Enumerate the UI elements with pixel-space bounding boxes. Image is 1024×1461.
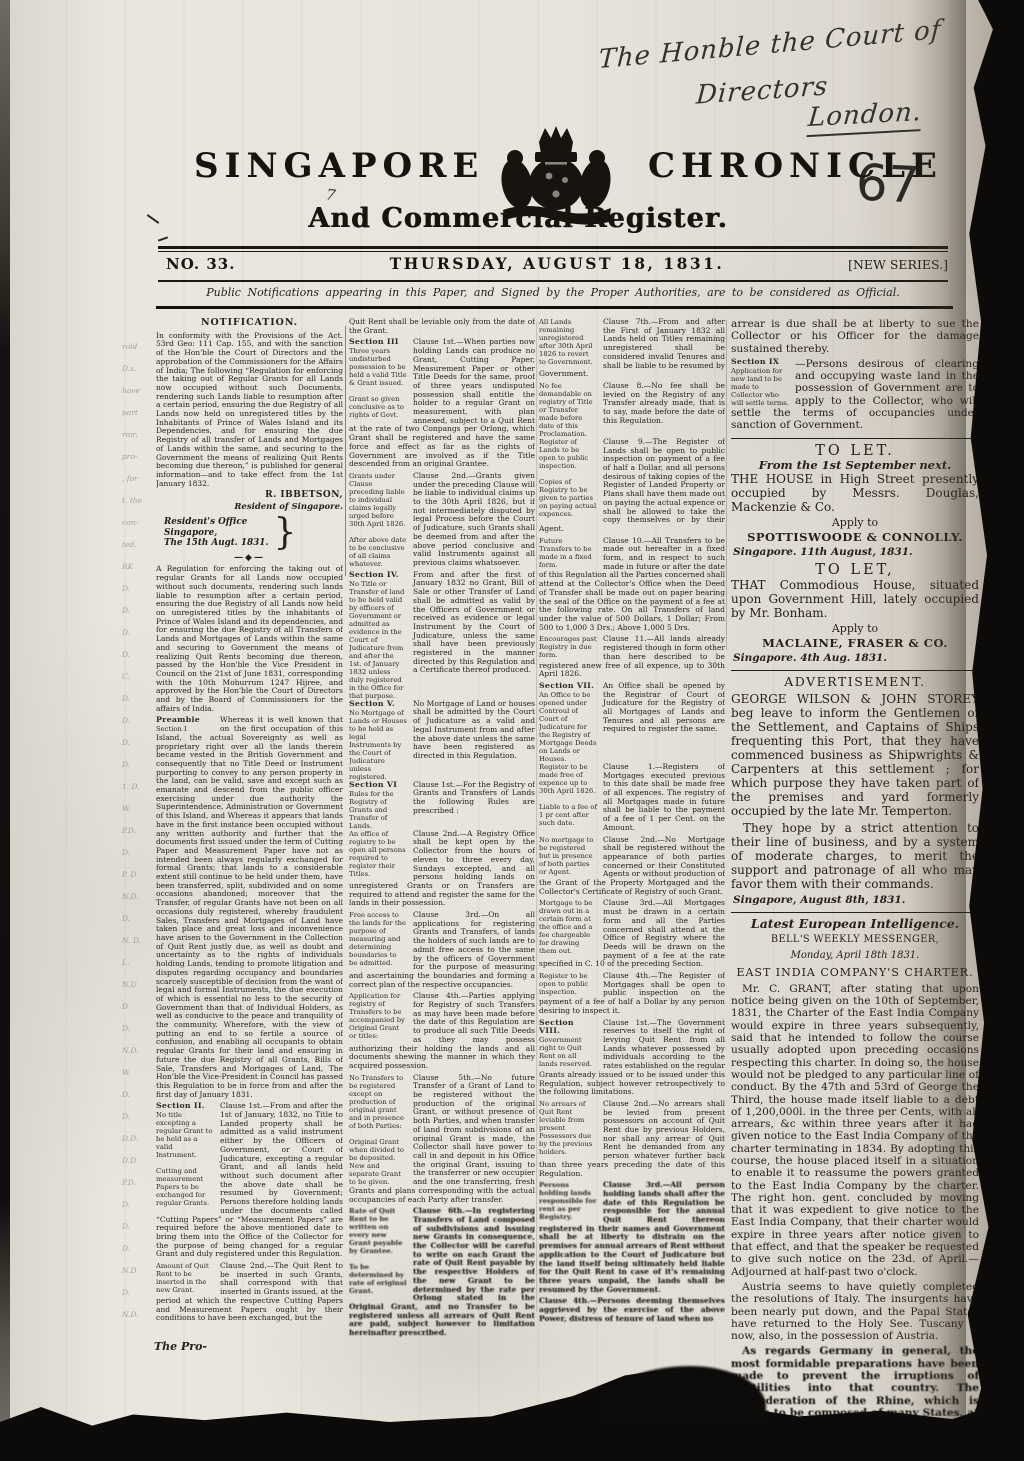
margin-note-text: Register to be open to public inspection…	[539, 972, 597, 996]
issue-line: NO. 33. THURSDAY, AUGUST 18, 1831. [NEW …	[166, 254, 948, 273]
bleedthrough-mark: D.	[122, 1238, 154, 1260]
bleedthrough-mark: D.	[122, 1282, 154, 1304]
section-heading: Section VII.	[539, 682, 597, 690]
margin-note: Register of Lands to be open to public i…	[539, 438, 603, 518]
margin-note: Section VIII.Government right to Quit Re…	[539, 1019, 603, 1068]
bleedthrough-mark: D.D.	[122, 1128, 154, 1150]
margin-note: Encourages past Registry in due form.	[539, 635, 603, 659]
section-heading: Section VI	[349, 781, 407, 789]
paragraph: Section IIIThree years undisturbed posse…	[349, 338, 535, 469]
horizontal-rule	[158, 280, 948, 282]
bleedthrough-mark: C.	[122, 666, 154, 688]
bleedthrough-mark: L.	[122, 952, 154, 974]
margin-note: Register to be open to public inspection…	[539, 972, 603, 996]
margin-note: No Transfers to be registered except on …	[349, 1074, 413, 1186]
bleedthrough-mark: D.	[122, 754, 154, 776]
newspaper-page: The Honble the Court of Directors London…	[8, 0, 1008, 1461]
section-heading: Section II.	[156, 1102, 214, 1110]
official-notice-motto: Public Notifications appearing in this P…	[178, 286, 928, 299]
masthead-subtitle: And Commercial Register.	[258, 203, 778, 234]
margin-note-text: Persons holding lands responsible for re…	[539, 1181, 597, 1221]
text-column-1: NOTIFICATION.In conformity with the Prov…	[156, 318, 343, 1378]
paragraph: Monday, April 18th 1831.	[731, 950, 979, 962]
clause-text: Whereas it is well known that on the fir…	[156, 716, 343, 1099]
margin-note: Section IXApplication for new land to be…	[731, 358, 795, 407]
bleedthrough-mark: rold	[122, 336, 154, 358]
signature-name: R. IBBETSON,	[156, 491, 343, 500]
paragraph: BELL'S WEEKLY MESSENGER,	[731, 934, 979, 946]
margin-note-text: Rules for the Registry of Grants and Tra…	[349, 790, 407, 830]
bleedthrough-mark: D.	[122, 622, 154, 644]
column-rule	[726, 320, 727, 650]
paragraph: An office of registry to be open all per…	[349, 830, 535, 908]
bleedthrough-mark: D	[122, 996, 154, 1018]
article-heading: EAST INDIA COMPANY'S CHARTER.	[731, 966, 979, 980]
bleedthrough-mark: P. D	[122, 864, 154, 886]
section-heading: Section V.	[349, 700, 407, 708]
bleedthrough-mark: D.s.	[122, 358, 154, 380]
bleedthrough-mark: D.	[122, 842, 154, 864]
margin-note: Section II.No title excepting a regular …	[156, 1102, 220, 1207]
paragraph: Section V.No Mortgage of Lands or Houses…	[349, 700, 535, 761]
bleedthrough-mark: RK	[122, 556, 154, 578]
margin-note-text: Application for new land to be made to C…	[731, 367, 789, 407]
margin-note-text: No Mortgage of Lands or Houses to be hel…	[349, 709, 407, 781]
margin-note: Grants under Clause preceding liable to …	[349, 472, 413, 568]
bleedthrough-mark: D.	[122, 1216, 154, 1238]
bleedthrough-mark: D.D	[122, 1150, 154, 1172]
margin-note: An office of registry to be open all per…	[349, 830, 413, 878]
bleedthrough-mark: N.D.	[122, 886, 154, 908]
text-column-4: arrear is due shall be at liberty to sue…	[731, 318, 979, 1416]
margin-note-text: No arrears of Quit Rent leviable from pr…	[539, 1100, 597, 1156]
bleedthrough-mark: N.D.	[122, 1040, 154, 1062]
paragraph: GEORGE WILSON & JOHN STOREY beg leave to…	[731, 692, 979, 818]
margin-note: Free access to the lands for the purpose…	[349, 911, 413, 967]
ad-heading: TO LET,	[731, 564, 979, 576]
paragraph: Encourages past Registry in due form.Cla…	[539, 635, 725, 679]
bleedthrough-mark: D.	[122, 578, 154, 600]
separator-rule	[731, 670, 979, 671]
masthead-title-right: CHRONICLE	[648, 146, 943, 186]
paragraph: No mortgage to be registered but in pres…	[539, 836, 725, 897]
masthead-title-left: SINGAPORE	[194, 146, 484, 186]
margin-note: Section V.No Mortgage of Lands or Houses…	[349, 700, 413, 781]
bleedthrough-mark: D.	[122, 732, 154, 754]
column-rule	[345, 326, 346, 576]
margin-note-text: No fee demandable on registry of Title o…	[539, 382, 597, 438]
bleedthrough-mark: pro-	[122, 446, 154, 468]
paragraph: Section II.No title excepting a regular …	[156, 1102, 343, 1259]
margin-note-text: Amount of Quit Rent to be inserted in th…	[156, 1262, 214, 1294]
paragraph: Mortgage to be drawn out in a certain fo…	[539, 899, 725, 969]
horizontal-rule	[158, 251, 948, 252]
margin-note: Section VIRules for the Registry of Gran…	[349, 781, 413, 830]
margin-note: No mortgage to be registered but in pres…	[539, 836, 603, 876]
margin-note-text: Register of Lands to be open to public i…	[539, 438, 597, 518]
bleedthrough-mark: have	[122, 380, 154, 402]
margin-note-text: No title excepting a regular Grant to be…	[156, 1111, 214, 1207]
handwritten-address-line1: The Honble the Court of	[598, 15, 942, 75]
dateline: Resident's Office Singapore, The 15th Au…	[156, 517, 268, 549]
bleedthrough-mark: , for	[122, 468, 154, 490]
horizontal-rule	[156, 306, 953, 309]
margin-note: No arrears of Quit Rent leviable from pr…	[539, 1100, 603, 1156]
paragraph: Section IXApplication for new land to be…	[731, 358, 979, 432]
paragraph: No fee demandable on registry of Title o…	[539, 382, 725, 426]
paragraph: Mr. C. GRANT, after stating that upon no…	[731, 983, 979, 1278]
bleedthrough-mark: P.D.	[122, 820, 154, 842]
paragraph: Future Transfers to be made in a fixed f…	[539, 537, 725, 633]
paragraph: Register of Lands to be open to public i…	[539, 438, 725, 534]
paragraph: Section IV.No Title or Transfer of land …	[349, 571, 535, 675]
paragraph: Singapore. 4th Aug. 1831.	[731, 652, 979, 664]
paragraph: Section VIII.Government right to Quit Re…	[539, 1019, 725, 1097]
section-heading: Section VIII.	[539, 1019, 597, 1035]
margin-note-text: Grants under Clause preceding liable to …	[349, 472, 407, 568]
paragraph: As regards Germany in general, the most …	[731, 1345, 979, 1416]
paragraph: Singapore. 11th August, 1831.	[731, 546, 979, 558]
bleedthrough-mark: D.	[122, 1018, 154, 1040]
margin-note: Amount of Quit Rent to be inserted in th…	[156, 1262, 220, 1294]
bleedthrough-mark: part	[122, 402, 154, 424]
paragraph: Free access to the lands for the purpose…	[349, 911, 535, 989]
bleedthrough-mark: D.	[122, 1084, 154, 1106]
paragraph: MACLAINE, FRASER & CO.	[731, 637, 979, 649]
paragraph: All Lands remaining unregistered after 3…	[539, 318, 725, 379]
paragraph: No Transfers to be registered except on …	[349, 1074, 535, 1205]
ornament-divider: —◆—	[156, 554, 343, 563]
paragraph: Amount of Quit Rent to be inserted in th…	[156, 1262, 343, 1323]
margin-note-text: No mortgage to be registered but in pres…	[539, 836, 597, 876]
margin-note-text: No Transfers to be registered except on …	[349, 1074, 407, 1186]
margin-note: Section IIIThree years undisturbed posse…	[349, 338, 413, 419]
bleedthrough-mark: W.	[122, 798, 154, 820]
bleedthrough-mark: D.	[122, 1194, 154, 1216]
paragraph: In conformity with the Provisions of the…	[156, 332, 343, 489]
paragraph: THAT Commodious House, situated upon Gov…	[731, 578, 979, 620]
bleedthrough-mark: ted.	[122, 534, 154, 556]
margin-note: Mortgage to be drawn out in a certain fo…	[539, 899, 603, 955]
paragraph: Singapore, August 8th, 1831.	[731, 894, 979, 906]
paragraph: Austria seems to have quietly completed …	[731, 1281, 979, 1342]
ink-fleck	[147, 214, 160, 224]
bleedthrough-mark: D.	[122, 908, 154, 930]
bleedthrough-mark: 1. D.	[122, 776, 154, 798]
margin-note-text: Rate of Quit Rent to be written on every…	[349, 1207, 407, 1295]
section-heading: Preamble	[156, 716, 214, 724]
section-heading: Section III	[349, 338, 407, 346]
issue-number: NO. 33.	[166, 255, 362, 273]
separator-rule	[731, 912, 979, 913]
bleedthrough-mark: D.	[122, 644, 154, 666]
margin-note-text: An office of registry to be open all per…	[349, 830, 407, 878]
margin-note-text: Application for registry of Transfers to…	[349, 992, 407, 1040]
paragraph: Section VIRules for the Registry of Gran…	[349, 781, 535, 816]
margin-note: Section IV.No Title or Transfer of land …	[349, 571, 413, 700]
paragraph: Apply to	[731, 517, 979, 529]
horizontal-rule	[158, 246, 948, 249]
bleedthrough-mark: D.	[122, 600, 154, 622]
brace-mark: }	[273, 515, 296, 551]
margin-note-text: All Lands remaining unregistered after 3…	[539, 318, 597, 366]
paragraph: Rate of Quit Rent to be written on every…	[349, 1207, 535, 1338]
column-rule	[536, 322, 537, 1312]
paragraph: Application for registry of Transfers to…	[349, 992, 535, 1070]
bleedthrough-mark: D.	[122, 1106, 154, 1128]
margin-note: Future Transfers to be made in a fixed f…	[539, 537, 603, 569]
margin-note-text: No Title or Transfer of land to be held …	[349, 580, 407, 700]
section-heading: Section IV.	[349, 571, 407, 579]
paragraph: Register to be made free of expence up t…	[539, 763, 725, 833]
series-label: [NEW SERIES.]	[753, 257, 949, 272]
bleedthrough-mark: N.U	[122, 974, 154, 996]
paragraph: SPOTTISWOODE & CONNOLLY.	[731, 531, 979, 543]
margin-note: Application for registry of Transfers to…	[349, 992, 413, 1040]
margin-note: No fee demandable on registry of Title o…	[539, 382, 603, 438]
bleedthrough-mark: W.	[122, 1062, 154, 1084]
bleedthrough-mark: D.	[122, 688, 154, 710]
paragraph: Quit Rent shall be leviable only from th…	[349, 318, 535, 335]
scan-edge-left	[0, 0, 10, 1461]
margin-note-text: Register to be made free of expence up t…	[539, 763, 597, 827]
bleedthrough-mark: con-	[122, 512, 154, 534]
paragraph: No arrears of Quit Rent leviable from pr…	[539, 1100, 725, 1178]
paragraph: Clause 4th.—Persons deeming themselves a…	[539, 1297, 725, 1323]
left-margin-bleedthrough: roldD.s.havepartrior,pro-, fort. thecon-…	[122, 336, 154, 1326]
bleedthrough-mark: N. D.	[122, 930, 154, 952]
margin-note: All Lands remaining unregistered after 3…	[539, 318, 603, 366]
margin-note: Rate of Quit Rent to be written on every…	[349, 1207, 413, 1295]
paragraph: Persons holding lands responsible for re…	[539, 1181, 725, 1294]
ad-heading: ADVERTISEMENT.	[731, 676, 979, 688]
bleedthrough-mark: t. the	[122, 490, 154, 512]
paragraph: A Regulation for enforcing the taking ou…	[156, 565, 343, 713]
separator-rule	[731, 438, 979, 439]
paragraph: Grants under Clause preceding liable to …	[349, 472, 535, 568]
margin-note-text: An Office to be opened under Controul of…	[539, 691, 597, 763]
margin-note-text: Free access to the lands for the purpose…	[349, 911, 407, 967]
handwritten-address-line3: London.	[807, 97, 924, 137]
section-heading: Latest European Intelligence.	[731, 918, 979, 930]
section-heading: Section IX	[731, 358, 789, 366]
bleedthrough-mark: N.D.	[122, 1304, 154, 1326]
paragraph: They hope by a strict attention to their…	[731, 821, 979, 891]
bleedthrough-mark: N.D	[122, 1260, 154, 1282]
paragraph: THE HOUSE in High Street presently occup…	[731, 472, 979, 514]
margin-note: Register to be made free of expence up t…	[539, 763, 603, 827]
signature-role: Resident of Singapore.	[156, 503, 343, 512]
paragraph: Apply to	[731, 623, 979, 635]
text-column-2: Quit Rent shall be leviable only from th…	[349, 318, 535, 1403]
paragraph: Section VII.An Office to be opened under…	[539, 682, 725, 734]
ad-heading: TO LET.	[731, 445, 979, 457]
dateline-block: Resident's Office Singapore, The 15th Au…	[156, 515, 343, 551]
pen-mark: 7	[325, 185, 337, 204]
issue-date: THURSDAY, AUGUST 18, 1831.	[362, 254, 753, 273]
paragraph: arrear is due shall be at liberty to sue…	[731, 318, 979, 355]
paragraph: PreambleSection IWhereas it is well know…	[156, 716, 343, 1099]
bleedthrough-mark: rior,	[122, 424, 154, 446]
margin-note-text: Encourages past Registry in due form.	[539, 635, 597, 659]
margin-note-text: Government right to Quit Rent on all lan…	[539, 1036, 597, 1068]
bleedthrough-mark: D.	[122, 710, 154, 732]
article-heading: NOTIFICATION.	[156, 319, 343, 328]
margin-note: Section VII.An Office to be opened under…	[539, 682, 603, 763]
margin-note-text: Three years undisturbed possession to be…	[349, 347, 407, 419]
ink-fleck	[158, 236, 168, 241]
catchword: The Pro-	[154, 1340, 207, 1353]
text-column-3: All Lands remaining unregistered after 3…	[539, 318, 725, 1378]
margin-note-text: Future Transfers to be made in a fixed f…	[539, 537, 597, 569]
margin-note: Persons holding lands responsible for re…	[539, 1181, 603, 1221]
margin-note: PreambleSection I	[156, 716, 220, 733]
paragraph: Register to be open to public inspection…	[539, 972, 725, 1016]
bleedthrough-mark: P.D.	[122, 1172, 154, 1194]
margin-note-text: Mortgage to be drawn out in a certain fo…	[539, 899, 597, 955]
paragraph: From the 1st September next.	[731, 459, 979, 471]
